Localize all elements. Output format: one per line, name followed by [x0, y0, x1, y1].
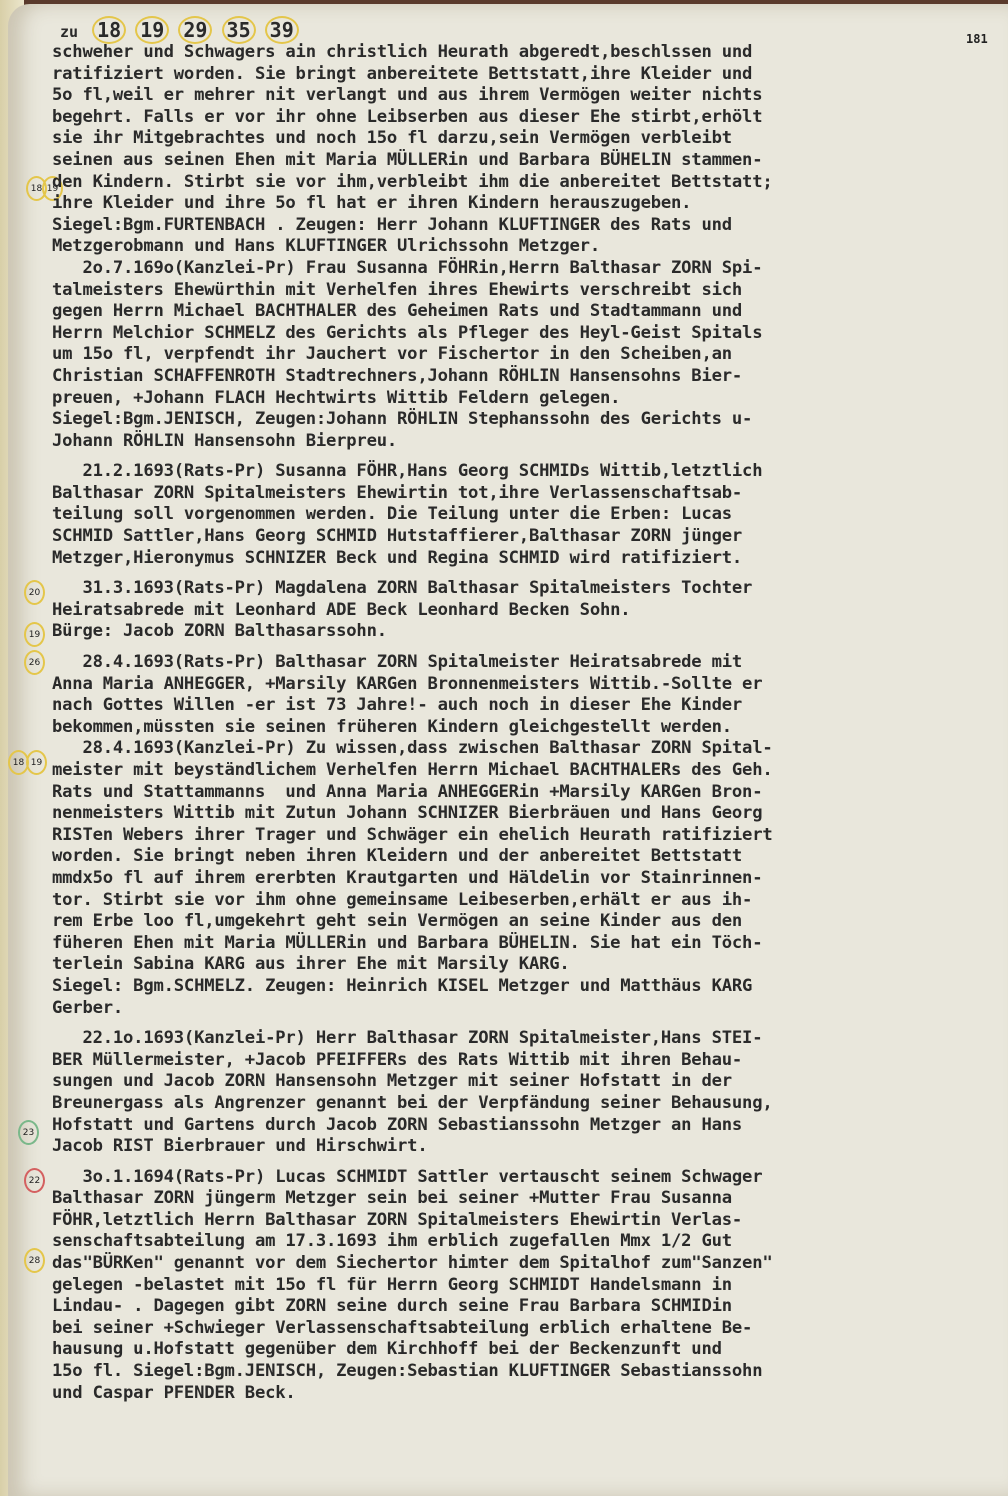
text-line: Rats und Stattammanns und Anna Maria ANH…: [52, 782, 1002, 804]
entry-paragraph: 2o.7.169o(Kanzlei-Pr) Frau Susanna FÖHRi…: [52, 258, 1002, 452]
text-line: nenmeisters Wittib mit Zutun Johann SCHN…: [52, 803, 1002, 825]
text-line: Herrn Melchior SCHMELZ des Gerichts als …: [52, 323, 1002, 345]
entry-paragraph: 31.3.1693(Rats-Pr) Magdalena ZORN Baltha…: [52, 578, 1002, 643]
text-line: 3o.1.1694(Rats-Pr) Lucas SCHMIDT Sattler…: [52, 1167, 1002, 1189]
text-line: hausung u.Hofstatt gegenüber dem Kirchho…: [52, 1339, 1002, 1361]
entry-paragraph: 22.1o.1693(Kanzlei-Pr) Herr Balthasar ZO…: [52, 1028, 1002, 1158]
text-line: teilung soll vorgenommen werden. Die Tei…: [52, 504, 1002, 526]
text-line: 21.2.1693(Rats-Pr) Susanna FÖHR,Hans Geo…: [52, 461, 1002, 483]
paragraph-gap: [52, 1158, 1002, 1167]
text-line: tor. Stirbt sie vor ihm ohne gemeinsame …: [52, 890, 1002, 912]
text-line: 31.3.1693(Rats-Pr) Magdalena ZORN Baltha…: [52, 578, 1002, 600]
text-line: gegen Herrn Michael BACHTHALER des Gehei…: [52, 301, 1002, 323]
text-line: RISTen Webers ihrer Trager und Schwäger …: [52, 825, 1002, 847]
text-line: terlein Sabina KARG aus ihrer Ehe mit Ma…: [52, 954, 1002, 976]
text-line: Siegel:Bgm.FURTENBACH . Zeugen: Herr Joh…: [52, 215, 1002, 237]
text-line: preuen, +Johann FLACH Hechtwirts Wittib …: [52, 388, 1002, 410]
text-line: schweher und Schwagers ain christlich He…: [52, 42, 1002, 64]
text-line: 5o fl,weil er mehrer nit verlangt und au…: [52, 85, 1002, 107]
text-line: ratifiziert worden. Sie bringt anbereite…: [52, 64, 1002, 86]
header-ref: 29: [178, 16, 212, 44]
text-line: bekommen,müssten sie seinen früheren Kin…: [52, 717, 1002, 739]
text-line: Siegel:Bgm.JENISCH, Zeugen:Johann RÖHLIN…: [52, 409, 1002, 431]
header-ref: 35: [222, 16, 256, 44]
margin-note: 19: [26, 750, 47, 775]
text-line: Metzger,Hieronymus SCHNIZER Beck und Reg…: [52, 548, 1002, 570]
text-line: bei seiner +Schwieger Verlassenschaftsab…: [52, 1318, 1002, 1340]
header-prefix: zu: [60, 23, 78, 41]
margin-note: 22: [24, 1168, 45, 1193]
header-ref: 19: [135, 16, 169, 44]
text-line: mmdx5o fl auf ihrem ererbten Krautgarten…: [52, 868, 1002, 890]
text-line: und Caspar PFENDER Beck.: [52, 1383, 1002, 1405]
text-line: Jacob RIST Bierbrauer und Hirschwirt.: [52, 1136, 1002, 1158]
text-line: BER Müllermeister, +Jacob PFEIFFERs des …: [52, 1050, 1002, 1072]
text-line: sungen und Jacob ZORN Hansensohn Metzger…: [52, 1071, 1002, 1093]
text-line: Bürge: Jacob ZORN Balthasarssohn.: [52, 621, 1002, 643]
text-line: Gerber.: [52, 998, 1002, 1020]
paragraph-gap: [52, 452, 1002, 461]
text-line: FÖHR,letztlich Herrn Balthasar ZORN Spit…: [52, 1210, 1002, 1232]
text-line: Lindau- . Dagegen gibt ZORN seine durch …: [52, 1296, 1002, 1318]
text-line: um 15o fl, verpfendt ihr Jauchert vor Fi…: [52, 344, 1002, 366]
text-line: rem Erbe loo fl,umgekehrt geht sein Verm…: [52, 911, 1002, 933]
text-line: 15o fl. Siegel:Bgm.JENISCH, Zeugen:Sebas…: [52, 1361, 1002, 1383]
entry-paragraph: schweher und Schwagers ain christlich He…: [52, 42, 1002, 258]
document-body: schweher und Schwagers ain christlich He…: [52, 42, 1002, 1404]
paragraph-gap: [52, 643, 1002, 652]
text-line: füheren Ehen mit Maria MÜLLERin und Barb…: [52, 933, 1002, 955]
entry-paragraph: 28.4.1693(Rats-Pr) Balthasar ZORN Spital…: [52, 652, 1002, 1019]
header-ref: 18: [92, 16, 126, 44]
text-line: 28.4.1693(Kanzlei-Pr) Zu wissen,dass zwi…: [52, 738, 1002, 760]
text-line: Johann RÖHLIN Hansensohn Bierpreu.: [52, 431, 1002, 453]
margin-note: 19: [24, 622, 45, 647]
text-line: Anna Maria ANHEGGER, +Marsily KARGen Bro…: [52, 674, 1002, 696]
text-line: SCHMID Sattler,Hans Georg SCHMID Hutstaf…: [52, 526, 1002, 548]
text-line: begehrt. Falls er vor ihr ohne Leibserbe…: [52, 107, 1002, 129]
text-line: Metzgerobmann und Hans KLUFTINGER Ulrich…: [52, 236, 1002, 258]
text-line: sie ihr Mitgebrachtes und noch 15o fl da…: [52, 128, 1002, 150]
text-line: talmeisters Ehewürthin mit Verhelfen ihr…: [52, 280, 1002, 302]
entry-paragraph: 21.2.1693(Rats-Pr) Susanna FÖHR,Hans Geo…: [52, 461, 1002, 569]
text-line: nach Gottes Willen -er ist 73 Jahre!- au…: [52, 695, 1002, 717]
paragraph-gap: [52, 569, 1002, 578]
text-line: Balthasar ZORN jüngerm Metzger sein bei …: [52, 1188, 1002, 1210]
entry-paragraph: 3o.1.1694(Rats-Pr) Lucas SCHMIDT Sattler…: [52, 1167, 1002, 1405]
text-line: 28.4.1693(Rats-Pr) Balthasar ZORN Spital…: [52, 652, 1002, 674]
text-line: worden. Sie bringt neben ihren Kleidern …: [52, 846, 1002, 868]
text-line: meister mit beyständlichem Verhelfen Her…: [52, 760, 1002, 782]
paragraph-gap: [52, 1019, 1002, 1028]
header-ref: 39: [265, 16, 299, 44]
text-line: Hofstatt und Gartens durch Jacob ZORN Se…: [52, 1115, 1002, 1137]
text-line: Christian SCHAFFENROTH Stadtrechners,Joh…: [52, 366, 1002, 388]
text-line: Breunergass als Angrenzer genannt bei de…: [52, 1093, 1002, 1115]
text-line: den Kindern. Stirbt sie vor ihm,verbleib…: [52, 172, 1002, 194]
text-line: Balthasar ZORN Spitalmeisters Ehewirtin …: [52, 483, 1002, 505]
margin-note: 28: [24, 1248, 45, 1273]
text-line: ihre Kleider und ihre 5o fl hat er ihren…: [52, 193, 1002, 215]
text-line: seinen aus seinen Ehen mit Maria MÜLLERi…: [52, 150, 1002, 172]
margin-note: 23: [18, 1120, 39, 1145]
text-line: das"BÜRKen" genannt vor dem Siechertor h…: [52, 1253, 1002, 1275]
text-line: 2o.7.169o(Kanzlei-Pr) Frau Susanna FÖHRi…: [52, 258, 1002, 280]
text-line: gelegen -belastet mit 15o fl für Herrn G…: [52, 1275, 1002, 1297]
text-line: Siegel: Bgm.SCHMELZ. Zeugen: Heinrich KI…: [52, 976, 1002, 998]
text-line: 22.1o.1693(Kanzlei-Pr) Herr Balthasar ZO…: [52, 1028, 1002, 1050]
text-line: Heiratsabrede mit Leonhard ADE Beck Leon…: [52, 600, 1002, 622]
margin-note: 20: [24, 580, 45, 605]
text-line: senschaftsabteilung am 17.3.1693 ihm erb…: [52, 1231, 1002, 1253]
cross-reference-header: zu 18 19 29 35 39: [60, 16, 296, 44]
margin-note: 26: [24, 650, 45, 675]
